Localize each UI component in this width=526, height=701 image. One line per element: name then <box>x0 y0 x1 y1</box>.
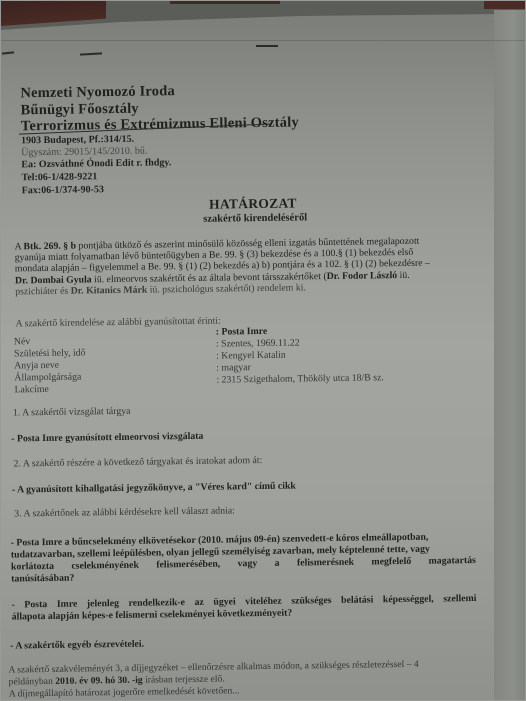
suspect-value-address: : 2315 Szigethalom, Thököly utca 18/B sz… <box>216 372 384 385</box>
header-org-line: Nemzeti Nyomozó Iroda <box>20 83 175 102</box>
suspect-label-name: Név <box>14 336 30 347</box>
question-1: - Posta Imre a bűncselekmény elkövetések… <box>11 531 477 585</box>
question-2: - Posta Imre jelenleg rendelkezik-e az ü… <box>11 593 476 623</box>
section-2-heading: 2. A szakértő részére a következő tárgya… <box>13 455 262 469</box>
suspect-value-name: : Posta Imre <box>216 326 268 338</box>
intro-paragraph: A Btk. 269. § b pontjába ütköző és aszer… <box>14 236 430 298</box>
text: A <box>14 241 23 252</box>
text: írásban terjessze elő. <box>143 674 225 686</box>
expert-name: Dr. Kitanics Márk <box>71 284 148 296</box>
law-reference: Btk. 269. § b <box>23 241 76 253</box>
section-1-item: - Posta Imre gyanúsított elmeorvosi vizs… <box>11 431 203 445</box>
suspect-value-mother: : Kengyel Katalin <box>216 350 286 362</box>
text: iü. pszichológus szakértőt) rendelem ki. <box>147 282 306 295</box>
suspect-label-citizenship: Állampolgársága <box>14 371 81 383</box>
section-3-heading: 3. A szakértőnek az alábbi kérdésekre ke… <box>14 505 235 519</box>
header-handler: Ea: Ozsváthné Ónodi Edit r. fhdgy. <box>21 157 171 170</box>
expert-name: Dr. Fodor László <box>327 270 398 282</box>
text: példányban <box>9 676 56 688</box>
text: pszichiáter és <box>15 285 71 297</box>
section-1-heading: 1. A szakértői vizsgálat tárgya <box>13 406 131 419</box>
document: Nemzeti Nyomozó Iroda Bűnügyi Főosztály … <box>0 0 526 701</box>
header-tel: Tel:06-1/428-9221 <box>21 171 97 183</box>
deadline: 2010. év 09. hó 30. -ig <box>55 675 143 687</box>
suspect-value-birth: : Szentes, 1969.11.22 <box>216 337 300 349</box>
header-address: 1903 Budapest, Pf.:314/15. <box>21 134 134 147</box>
suspect-value-citizenship: : magyar <box>216 362 251 373</box>
question-3: - A szakértők egyéb észrevételei. <box>10 639 144 652</box>
text: iü. <box>397 270 410 281</box>
suspect-label-birth: Születési hely, idő <box>14 347 86 359</box>
suspect-label-address: Lakcíme <box>14 384 48 395</box>
suspect-intro: A szakértő kirendelése az alábbi gyanúsí… <box>16 316 221 330</box>
expert-name: Dr. Dombai Gyula <box>15 274 92 286</box>
footer-line-3: A díjmegállapító határozat jogerőre emel… <box>9 685 240 700</box>
header-case-number: Ügyszám: 29015/145/2010. bű. <box>21 146 147 159</box>
section-2-item: - A gyanúsított kihallgatási jegyzőkönyv… <box>12 481 296 496</box>
header-fax: Fax:06-1/374-90-53 <box>22 184 104 196</box>
suspect-label-mother: Anyja neve <box>14 360 59 372</box>
